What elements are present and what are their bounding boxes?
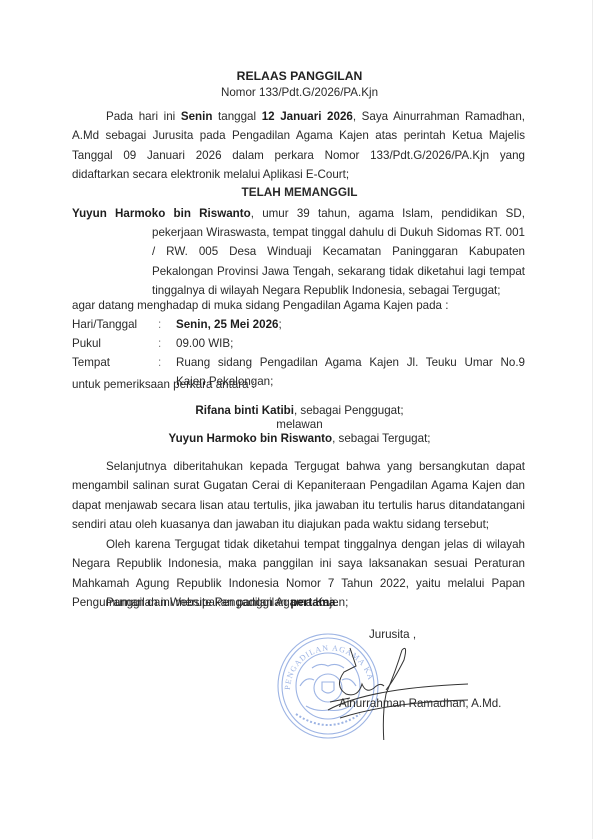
schedule-row: Hari/Tanggal:Senin, 25 Mei 2026;	[72, 318, 525, 337]
document-page: RELAAS PANGGILAN Nomor 133/Pdt.G/2026/PA…	[0, 0, 599, 839]
defendant-identity: Yuyun Harmoko bin Riswanto, umur 39 tahu…	[72, 204, 525, 300]
text-line: / RW. 005 Desa Winduaji Kecamatan Paning…	[152, 242, 525, 261]
appear-text: agar datang menghadap di muka sidang Pen…	[72, 299, 448, 312]
document-title: RELAAS PANGGILAN	[0, 69, 599, 83]
defendant-line: Yuyun Harmoko bin Riswanto, sebagai Terg…	[0, 432, 599, 445]
text-line: Mahkamah Agung Republik Indonesia Nomor …	[72, 574, 525, 593]
notice-paragraph: Selanjutnya diberitahukan kepada Terguga…	[72, 457, 525, 535]
text-line: Negara Republik Indonesia, maka panggila…	[72, 554, 525, 573]
schedule-colon: :	[158, 337, 161, 350]
text-line: Selanjutnya diberitahukan kepada Terguga…	[72, 457, 525, 476]
schedule-row: Pukul:09.00 WIB;	[72, 337, 525, 356]
text-line: didaftarkan secara elektronik melalui Ap…	[72, 165, 525, 184]
text-line: Oleh karena Tergugat tidak diketahui tem…	[72, 535, 525, 554]
text-line: Pekalongan Provinsi Jawa Tengah, sekaran…	[152, 262, 525, 281]
schedule-label: Pukul	[72, 337, 101, 350]
text-line: sendiri atau oleh kuasanya dan jawaban i…	[72, 515, 525, 534]
schedule-value: 09.00 WIB;	[176, 337, 525, 356]
case-number: Nomor 133/Pdt.G/2026/PA.Kjn	[0, 86, 599, 99]
defendant-first-line: Yuyun Harmoko bin Riswanto, umur 39 tahu…	[72, 204, 525, 223]
schedule-label: Tempat	[72, 356, 110, 369]
opening-paragraph: Pada hari ini Senin tanggal 12 Januari 2…	[72, 107, 525, 185]
closing-statement: Panggilan ini merupakan panggilan pertam…	[106, 596, 339, 609]
versus-text: melawan	[0, 418, 599, 431]
text-line: Pada hari ini Senin tanggal 12 Januari 2…	[72, 107, 525, 126]
text-line: A.Md sebagai Jurusita pada Pengadilan Ag…	[72, 126, 525, 145]
text-line: Tanggal 09 Januari 2026 dalam perkara No…	[72, 146, 525, 165]
text-line: tinggalnya di wilayah Negara Republik In…	[152, 281, 525, 300]
plaintiff-line: Rifana binti Katibi, sebagai Penggugat;	[0, 404, 599, 417]
text-line: pekerjaan Wiraswasta, tempat tinggal dah…	[152, 223, 525, 242]
summons-heading: TELAH MEMANGGIL	[0, 185, 599, 199]
schedule-value: Senin, 25 Mei 2026;	[176, 318, 525, 337]
signature-icon	[310, 640, 480, 740]
defendant-detail-lines: pekerjaan Wiraswasta, tempat tinggal dah…	[72, 223, 525, 300]
text-line: dapat menjawab secara lisan atau tertuli…	[72, 496, 525, 515]
schedule-colon: :	[158, 318, 161, 331]
signatory-name: Ainurrahman Ramadhan, A.Md.	[339, 697, 501, 710]
text-line: mengambil salinan surat Gugatan Cerai di…	[72, 476, 525, 495]
schedule-colon: :	[158, 356, 161, 369]
examination-text: untuk pemeriksaan perkara antara :	[72, 378, 255, 391]
schedule-label: Hari/Tanggal	[72, 318, 137, 331]
